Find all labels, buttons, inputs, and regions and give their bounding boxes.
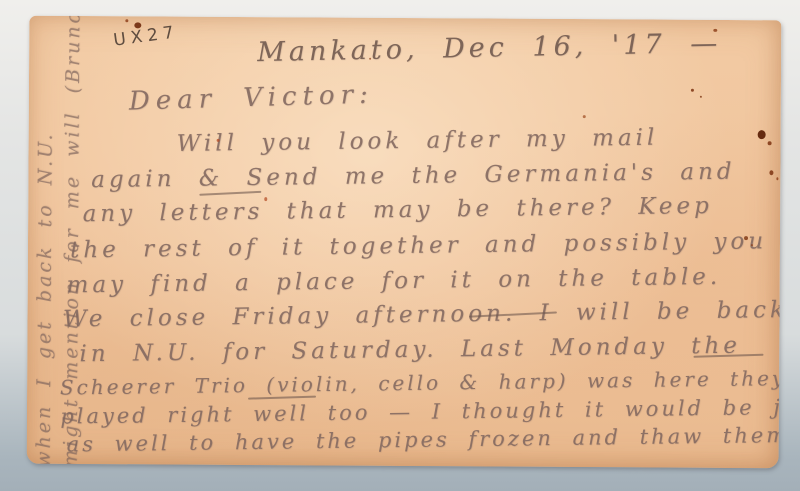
- foxing-spot: [758, 130, 766, 139]
- foxing-spot: [369, 58, 371, 60]
- body-line: may find a place for it on the table.: [66, 264, 721, 299]
- body-line: played right well too — I thought it wou…: [60, 395, 781, 429]
- foxing-spot: [700, 96, 702, 98]
- foxing-spot: [134, 22, 141, 28]
- foxing-spot: [751, 244, 753, 246]
- margin-note-line: when I get back to N.U.: [31, 48, 61, 468]
- foxing-spot: [691, 89, 694, 92]
- body-line: We close Friday afternoon. I will be bac…: [63, 297, 782, 332]
- body-line: in N.U. for Saturday. Last Monday the: [79, 333, 741, 368]
- body-line: again & Send me the Germania's and: [91, 159, 736, 193]
- body-line: as well to have the pipes frozen and tha…: [66, 422, 781, 456]
- postcard: UX27 Mankato, Dec 16, '17 — Dear Victor:…: [27, 16, 782, 469]
- body-line: Will you look after my mail: [177, 125, 659, 157]
- foxing-spot: [217, 139, 220, 142]
- foxing-spot: [768, 141, 772, 145]
- body-line: any letters that may be there? Keep: [82, 193, 713, 227]
- foxing-spot: [583, 115, 586, 118]
- foxing-spot: [776, 177, 778, 180]
- foxing-spot: [744, 236, 748, 240]
- body-line: Scheerer Trio (violin, cello & harp) was…: [60, 366, 782, 400]
- foxing-spot: [125, 19, 128, 22]
- foxing-spot: [264, 197, 267, 201]
- message-body: Will you look after my mail again & Send…: [27, 16, 782, 469]
- foxing-spot: [713, 29, 717, 32]
- margin-note-line: might mention for me will (Bruno): [58, 48, 88, 468]
- body-line: the rest of it together and possibly you: [70, 228, 767, 263]
- margin-note: when I get back to N.U. might mention fo…: [31, 48, 88, 468]
- postcard-photo: UX27 Mankato, Dec 16, '17 — Dear Victor:…: [0, 0, 800, 491]
- foxing-spot: [769, 170, 773, 175]
